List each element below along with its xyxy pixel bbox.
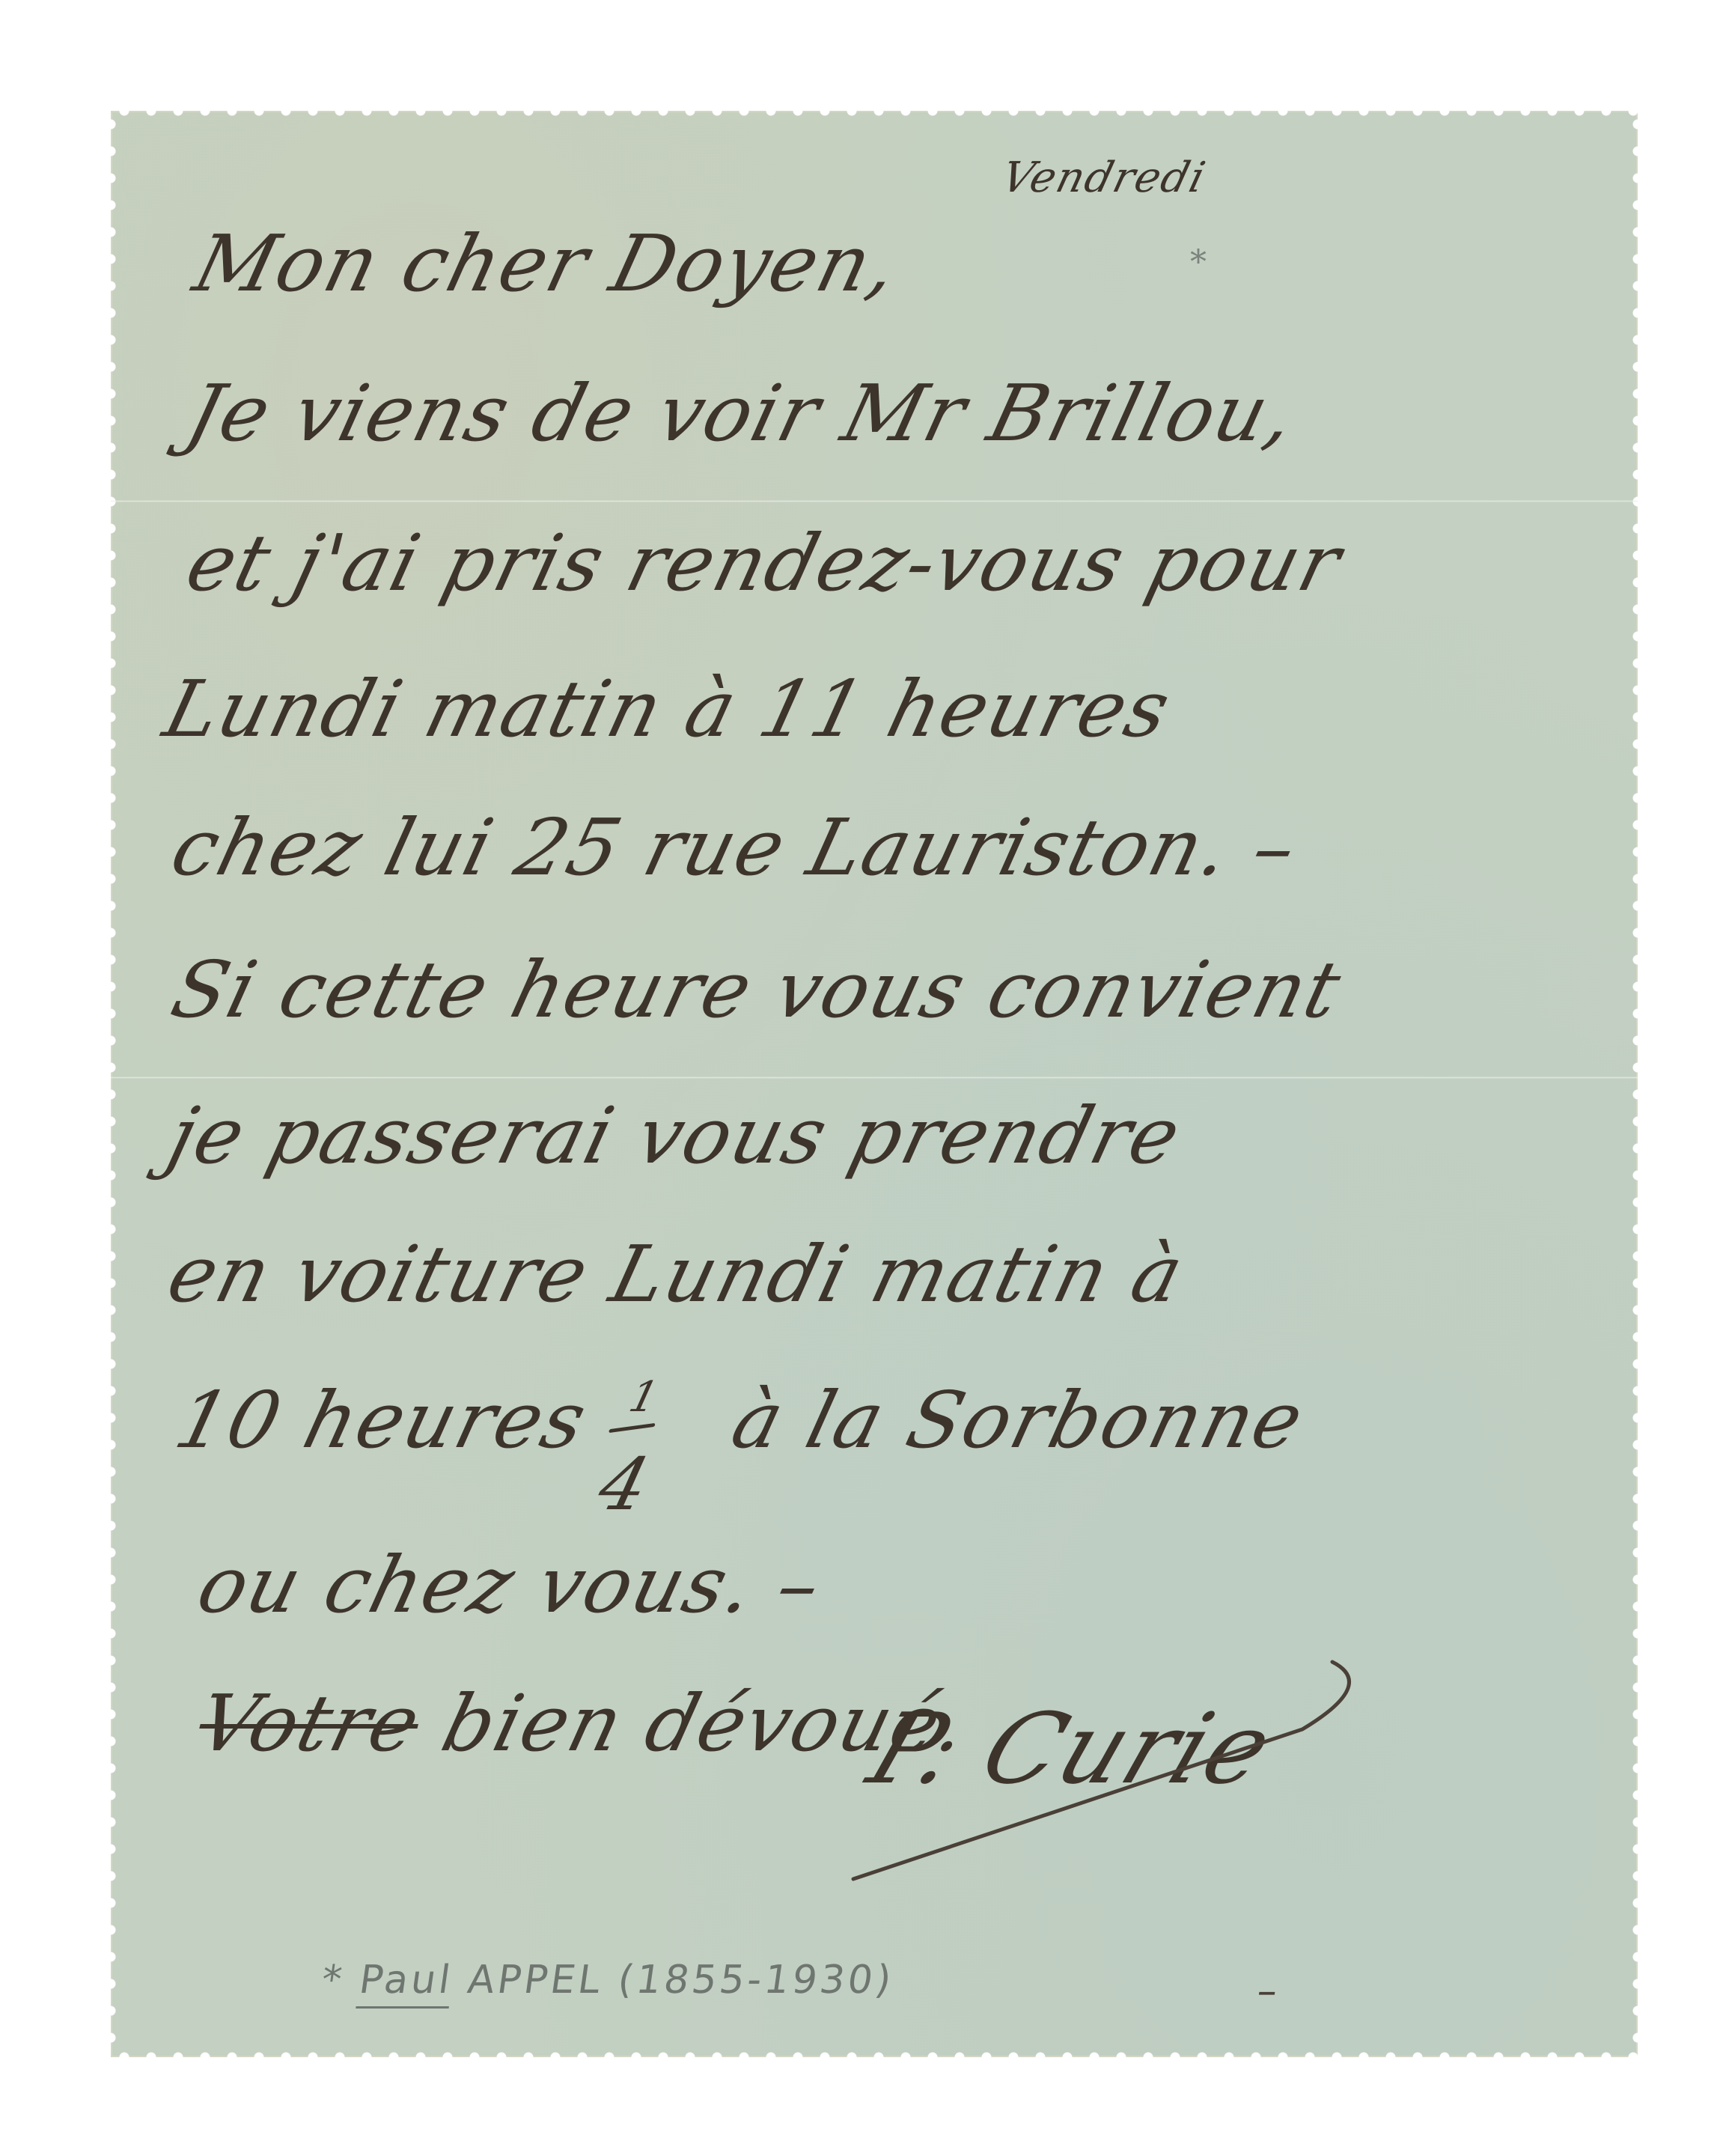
letter-line-7: en voiture Lundi matin à (161, 1235, 1192, 1313)
annotation-first-name: Paul (356, 1958, 456, 2003)
letter-line-3: Lundi matin à 11 heures (157, 670, 1178, 748)
letter-line-9: ou chez vous. – (191, 1546, 829, 1624)
letter-date: Vendredi (997, 153, 1211, 202)
location-text: à la Sorbonne (723, 1374, 1313, 1466)
closing-struck-word: Votre (189, 1678, 430, 1769)
perforated-edge-top (111, 106, 1638, 116)
letter-line-1: Je viens de voir Mr Brillou, (180, 374, 1304, 452)
letter-line-2: et j'ai pris rendez-vous pour (180, 524, 1349, 602)
fraction-numerator: 1 (625, 1377, 664, 1419)
annotation-years: (1855-1930) (615, 1958, 897, 2003)
letter-salutation: Mon cher Doyen, (187, 225, 906, 302)
quarter-fraction: 1 4 (602, 1381, 674, 1459)
letter-line-4: chez lui 25 rue Lauriston. – (165, 808, 1305, 886)
letter-line-8: 10 heures 1 4 à la Sorbonne (168, 1381, 1311, 1459)
perforated-edge-left (106, 111, 116, 2057)
signature-flourish-line (823, 1617, 1362, 1886)
pencil-annotation: * Paul APPEL (1855-1930) (319, 1958, 897, 2003)
perforated-edge-right (1632, 111, 1643, 2057)
fraction-bar (609, 1423, 655, 1433)
time-text: 10 heures (167, 1374, 597, 1466)
asterisk-mark: * (1190, 243, 1207, 281)
letter-line-5: Si cette heure vous convient (165, 951, 1349, 1029)
perforated-edge-bottom (111, 2052, 1638, 2062)
fold-crease-upper (111, 500, 1638, 502)
fold-crease-middle (111, 1077, 1638, 1079)
letter-line-6: je passerai vous prendre (161, 1097, 1189, 1175)
annotation-surname: APPEL (465, 1958, 606, 2003)
